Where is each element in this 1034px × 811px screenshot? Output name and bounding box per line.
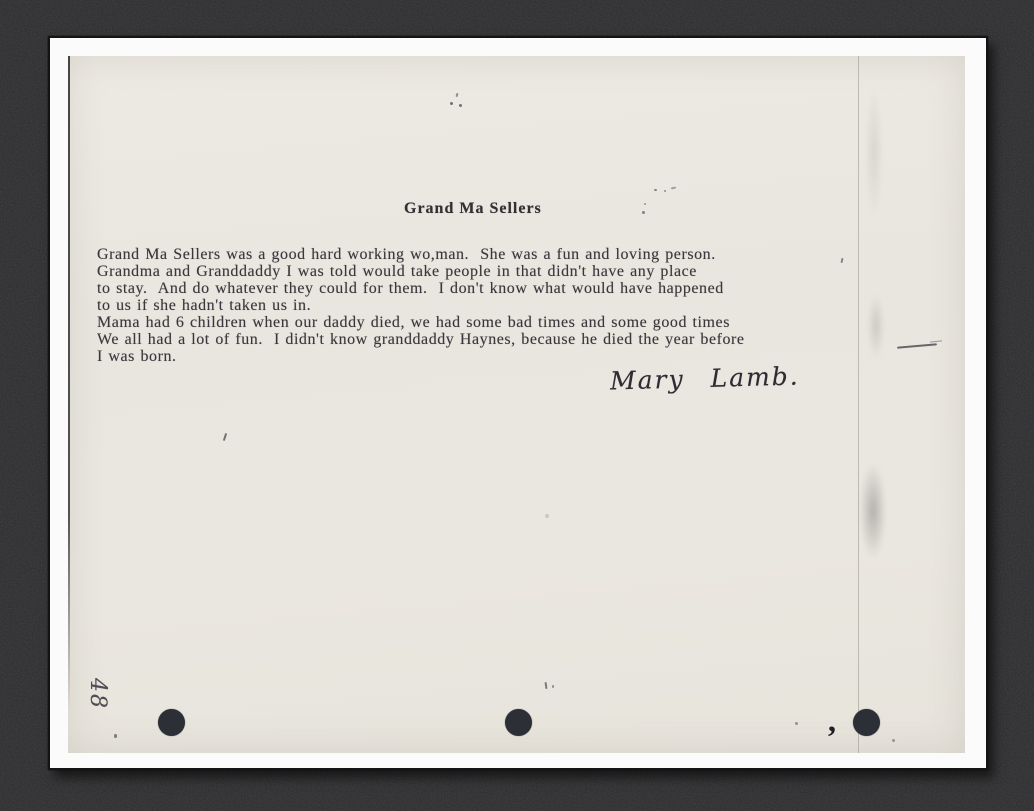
photo-frame: Grand Ma Sellers Grand Ma Sellers was a …: [48, 36, 988, 770]
dust-speck: [223, 433, 227, 441]
document-title: Grand Ma Sellers: [404, 200, 542, 218]
body-line-5: Mama had 6 children when our daddy died,…: [97, 314, 937, 331]
scanned-photo-on-dark-surface: Grand Ma Sellers Grand Ma Sellers was a …: [0, 0, 1034, 811]
dust-speck: [795, 722, 798, 725]
dust-speck: [459, 104, 462, 107]
dust-speck: [892, 739, 895, 742]
body-line-2: Grandma and Granddaddy I was told would …: [97, 263, 937, 280]
body-line-1: Grand Ma Sellers was a good hard working…: [97, 246, 937, 263]
dust-speck: [450, 102, 453, 105]
dust-speck: [545, 682, 548, 689]
ink-blot-comma: ,: [828, 702, 836, 738]
handwritten-signature: Mary Lamb.: [610, 362, 800, 396]
body-line-6: We all had a lot of fun. I didn't know g…: [97, 331, 937, 348]
handwritten-page-number: 48: [70, 678, 110, 718]
dust-speck: [114, 734, 117, 738]
body-line-4: to us if she hadn't taken us in.: [97, 297, 937, 314]
dust-speck: [456, 93, 459, 97]
body-line-7: I was born.: [97, 348, 937, 365]
body-line-3: to stay. And do whatever they could for …: [97, 280, 937, 297]
hole-punch-middle: [505, 709, 532, 736]
scanned-page: Grand Ma Sellers Grand Ma Sellers was a …: [68, 56, 965, 753]
dust-speck: [642, 211, 645, 214]
dust-speck: [654, 189, 657, 191]
scan-edge-line-left: [68, 56, 70, 711]
hole-punch-left: [158, 709, 185, 736]
hole-punch-right: [853, 709, 880, 736]
dust-speck: [552, 685, 554, 688]
document-body: Grand Ma Sellers was a good hard working…: [97, 246, 937, 365]
scan-fold-line-right: [858, 56, 859, 753]
dust-speck: [664, 190, 666, 192]
toner-smudge: [860, 464, 886, 558]
dust-speck: [644, 203, 646, 205]
dust-speck: [671, 187, 676, 190]
toner-smudge: [866, 90, 882, 214]
dust-speck: [545, 514, 549, 518]
